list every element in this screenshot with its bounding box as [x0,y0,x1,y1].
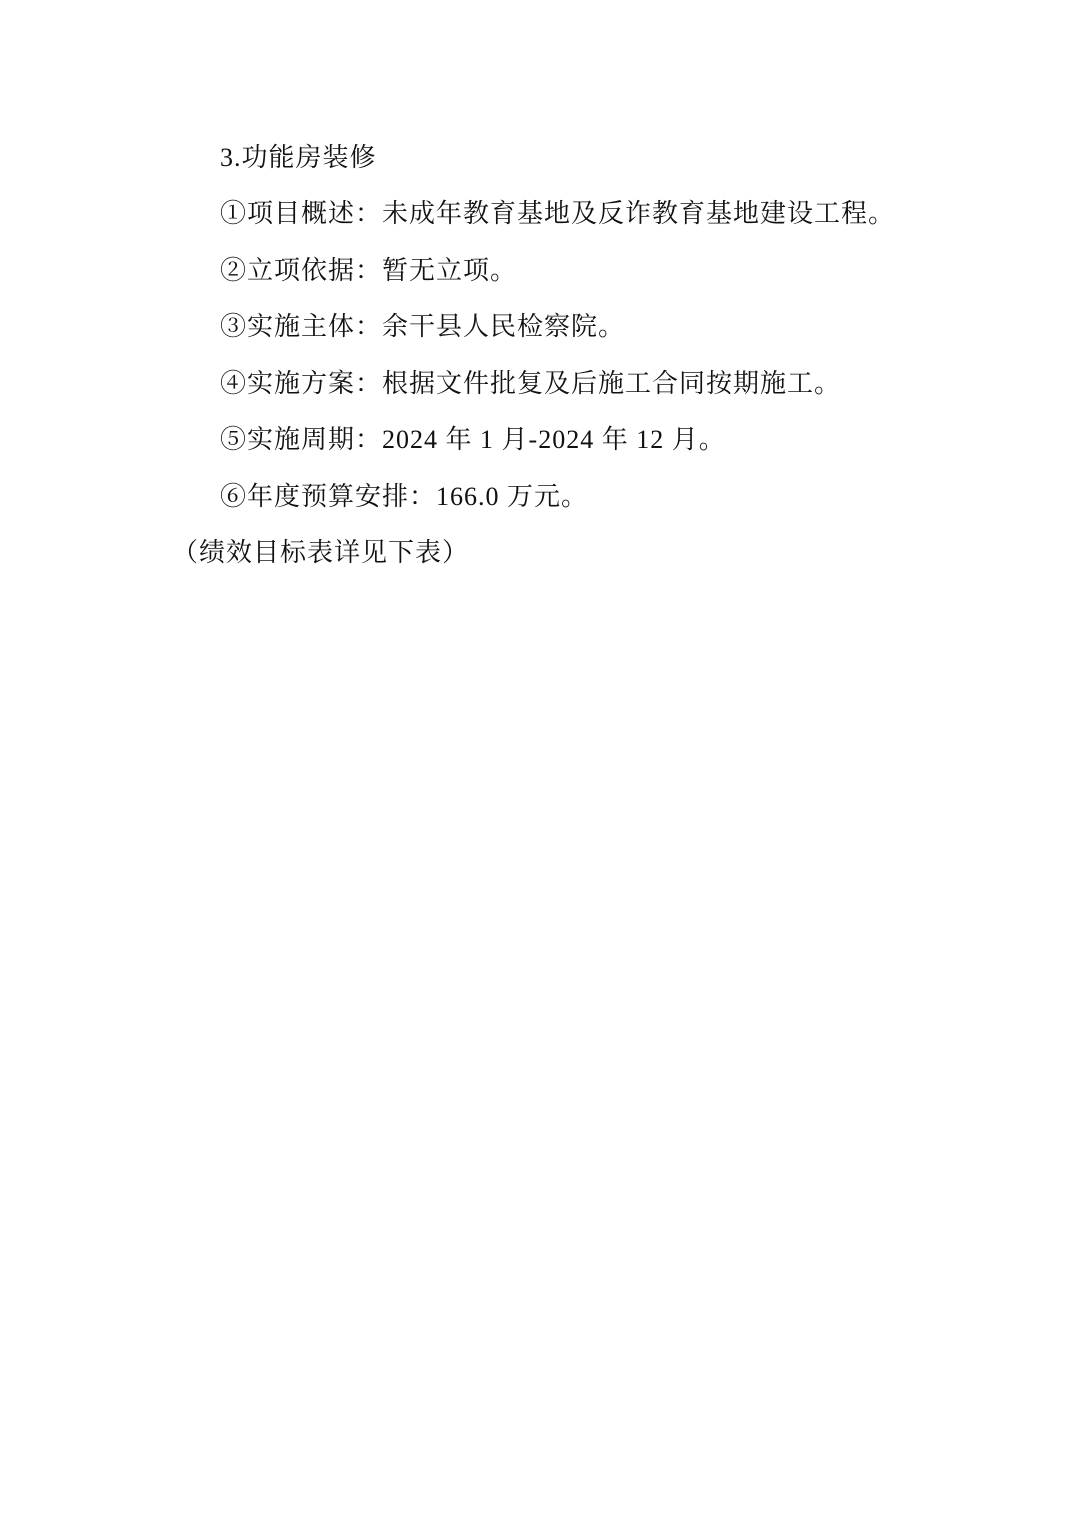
item-label: 项目概述： [247,199,382,228]
item-marker: ① [220,199,247,228]
item-value: 根据文件批复及后施工合同按期施工。 [382,369,841,398]
item-marker: ③ [220,312,247,341]
item-marker: ② [220,256,247,285]
item-value: 余干县人民检察院。 [382,312,625,341]
item-implementing-entity: ③实施主体：余干县人民检察院。 [220,311,625,343]
item-implementation-plan: ④实施方案：根据文件批复及后施工合同按期施工。 [220,368,841,400]
item-annual-budget: ⑥年度预算安排：166.0 万元。 [220,481,588,513]
item-label: 立项依据： [247,256,382,285]
item-value: 2024 年 1 月-2024 年 12 月。 [382,425,726,454]
item-value: 暂无立项。 [382,256,517,285]
item-marker: ④ [220,369,247,398]
section-title: 3.功能房装修 [220,142,377,174]
document-page: 3.功能房装修 ①项目概述：未成年教育基地及反诈教育基地建设工程。 ②立项依据：… [0,0,1074,1520]
item-label: 实施主体： [247,312,382,341]
item-project-overview: ①项目概述：未成年教育基地及反诈教育基地建设工程。 [220,198,895,230]
item-label: 年度预算安排： [247,482,436,511]
item-value: 166.0 万元。 [436,482,588,511]
item-marker: ⑥ [220,482,247,511]
item-label: 实施方案： [247,369,382,398]
table-reference-note: （绩效目标表详见下表） [172,537,469,569]
item-implementation-period: ⑤实施周期：2024 年 1 月-2024 年 12 月。 [220,424,726,456]
item-project-basis: ②立项依据：暂无立项。 [220,255,517,287]
item-value: 未成年教育基地及反诈教育基地建设工程。 [382,199,895,228]
item-label: 实施周期： [247,425,382,454]
item-marker: ⑤ [220,425,247,454]
